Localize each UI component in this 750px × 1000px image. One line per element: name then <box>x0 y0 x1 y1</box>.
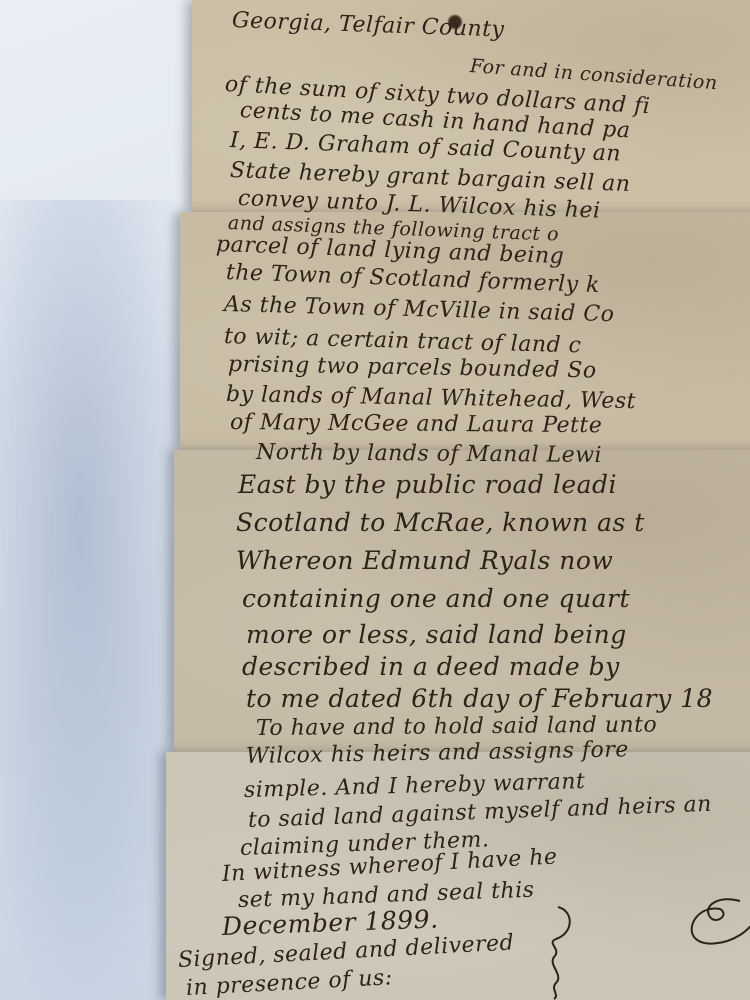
curly-brace-icon <box>540 905 580 1000</box>
deed-line: to me dated 6th day of February 18 <box>246 684 713 713</box>
deed-line: described in a deed made by <box>242 652 620 681</box>
deed-line: Scotland to McRae, known as t <box>236 508 645 537</box>
deed-line: containing one and one quart <box>242 584 630 613</box>
deed-line: East by the public road leadi <box>238 470 617 499</box>
signature-flourish-icon <box>680 895 750 950</box>
deed-line: more or less, said land being <box>246 620 627 649</box>
deed-line: Whereon Edmund Ryals now <box>236 546 613 575</box>
deed-line: To have and to hold said land unto <box>256 712 657 741</box>
deed-line: of Mary McGee and Laura Pette <box>230 410 603 438</box>
deed-line: North by lands of Manal Lewi <box>256 440 602 468</box>
